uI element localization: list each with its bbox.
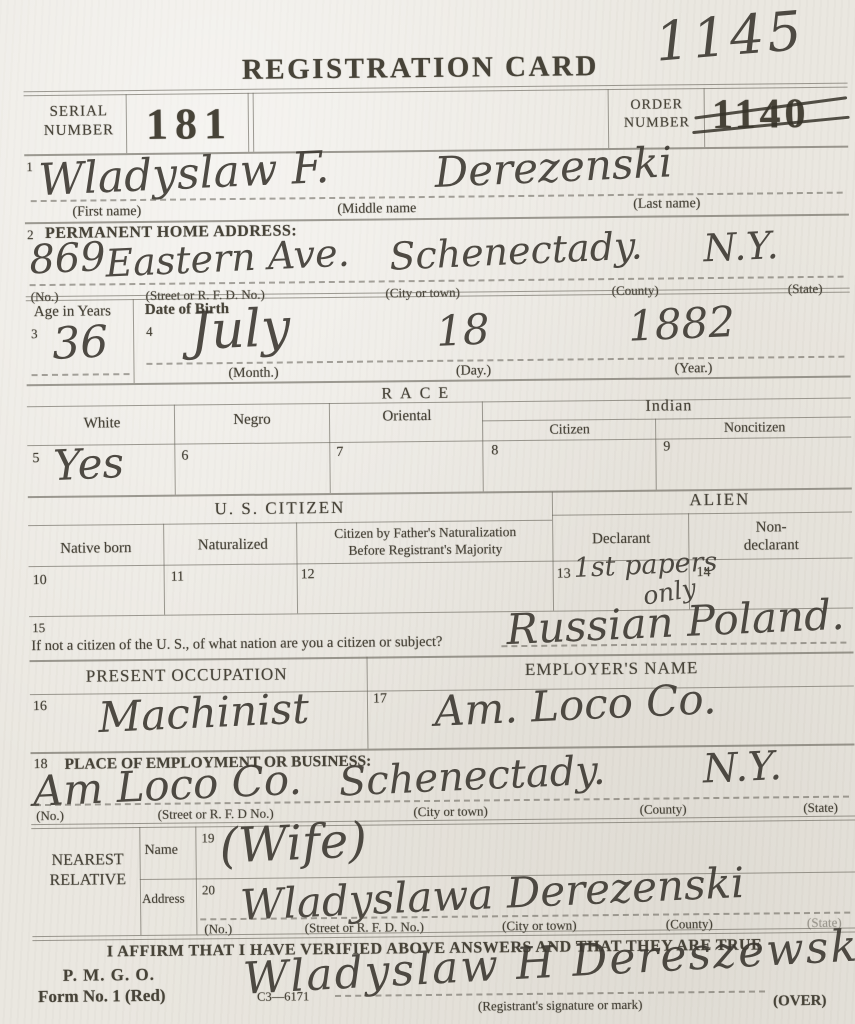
- rule: [253, 93, 255, 152]
- county-label: (County): [608, 801, 718, 818]
- field-number: 4: [146, 324, 153, 340]
- citizenship-cell-number: 11: [171, 570, 185, 586]
- race-cell-number: 7: [336, 445, 343, 461]
- office-text: P. M. G. O.: [63, 965, 155, 986]
- month-label: (Month.): [198, 365, 308, 382]
- relative-name-value: (Wife): [218, 812, 368, 875]
- employer-value: Am. Loco Co.: [433, 674, 717, 736]
- nation-question: If not a citizen of the U. S., of what n…: [31, 634, 442, 655]
- year-label: (Year.): [643, 361, 743, 378]
- employment-state-value: N.Y.: [702, 743, 783, 793]
- alien-header: ALIEN: [600, 489, 840, 512]
- present-occupation-header: PRESENT OCCUPATION: [57, 664, 317, 687]
- rule: [174, 405, 176, 495]
- dob-year-value: 1882: [627, 297, 736, 351]
- col-citizen-by-father: Citizen by Father's Naturalization: [300, 524, 550, 543]
- race-col-white: White: [37, 415, 167, 433]
- race-col-indian-citizen: Citizen: [487, 422, 652, 440]
- serial-number-label: NUMBER: [34, 122, 124, 140]
- address-city-value: Schenectady.: [388, 223, 643, 278]
- race-cell-number: 9: [663, 439, 670, 455]
- dob-month-value: July: [189, 298, 292, 362]
- race-cell-number: 6: [181, 449, 188, 465]
- field-number: 3: [31, 326, 38, 342]
- field-number: 19: [201, 830, 214, 846]
- field-number: 1: [26, 159, 33, 175]
- race-cell-number: 5: [32, 451, 39, 467]
- citizenship-cell-number: 10: [33, 573, 47, 589]
- last-name-value: Derezenski: [433, 137, 673, 197]
- order-number-label: NUMBER: [612, 115, 702, 132]
- signature-label: (Registrant's signature or mark): [425, 996, 695, 1015]
- registration-card: 1145 REGISTRATION CARD SERIAL NUMBER 181…: [0, 0, 855, 1024]
- col-naturalized: Naturalized: [170, 536, 295, 554]
- dob-day-value: 18: [435, 304, 491, 355]
- serial-number-value: 181: [146, 98, 234, 150]
- field-number: 17: [373, 691, 387, 707]
- rule: [367, 657, 369, 749]
- rule: [27, 437, 851, 447]
- rule: [248, 93, 250, 152]
- race-col-indian-noncitizen: Noncitizen: [662, 420, 847, 438]
- address-state-value: N.Y.: [702, 223, 779, 270]
- citizenship-cell-number: 14: [697, 565, 711, 581]
- col-citizen-by-father: Before Registrant's Majority: [300, 541, 550, 560]
- col-non-declarant: Non-: [692, 519, 850, 538]
- rule: [552, 512, 852, 516]
- rule: [133, 299, 135, 383]
- col-native-born: Native born: [33, 540, 158, 558]
- age-value: 36: [51, 316, 109, 369]
- order-number-label: ORDER: [614, 97, 700, 114]
- rule: [126, 94, 128, 153]
- rule: [329, 403, 331, 493]
- citizenship-cell-number: 12: [301, 567, 315, 583]
- day-label: (Day.): [423, 363, 523, 380]
- nearest-relative-heading: RELATIVE: [40, 871, 136, 890]
- rule: [29, 558, 853, 568]
- no-label: (No.): [36, 808, 64, 824]
- card-content: 1145 REGISTRATION CARD SERIAL NUMBER 181…: [0, 0, 855, 1024]
- over-label: (OVER): [773, 993, 827, 1011]
- rule: [655, 419, 657, 490]
- rule: [482, 401, 484, 491]
- employment-city-value: Schenectady.: [338, 748, 606, 806]
- card-title: REGISTRATION CARD: [220, 50, 620, 87]
- nearest-relative-heading: NEAREST: [40, 851, 136, 870]
- city-label: (City or town): [383, 803, 518, 820]
- handwritten-order-number: 1145: [653, 0, 807, 74]
- address-no-value: 869: [28, 234, 106, 283]
- col-declarant: Declarant: [556, 530, 686, 548]
- race-col-negro: Negro: [182, 411, 322, 429]
- serial-number-label: SERIAL: [36, 103, 122, 121]
- rule: [552, 492, 554, 611]
- relative-name-label: Name: [144, 843, 178, 859]
- field-number: 20: [202, 882, 215, 898]
- employers-name-header: EMPLOYER'S NAME: [452, 657, 772, 680]
- race-white-value: Yes: [52, 438, 125, 490]
- rule: [163, 524, 165, 615]
- rule: [195, 826, 197, 934]
- rule: [296, 522, 298, 613]
- citizenship-cell-number: 13: [557, 567, 571, 583]
- occupation-value: Machinist: [97, 684, 310, 743]
- state-label: (State): [788, 800, 853, 817]
- field-number: 16: [33, 699, 47, 715]
- race-cell-number: 8: [491, 443, 498, 459]
- form-number-text: Form No. 1 (Red): [38, 986, 166, 1007]
- us-citizen-header: U. S. CITIZEN: [120, 497, 440, 520]
- field-number: 15: [32, 620, 45, 636]
- race-col-oriental: Oriental: [337, 407, 477, 425]
- last-name-label: (Last name): [592, 196, 742, 214]
- rule: [139, 827, 141, 935]
- race-col-indian: Indian: [489, 396, 849, 418]
- first-name-label: (First name): [42, 204, 172, 221]
- relative-address-label: Address: [142, 891, 185, 907]
- middle-name-label: (Middle name: [297, 201, 457, 219]
- dashed-rule: [32, 373, 130, 376]
